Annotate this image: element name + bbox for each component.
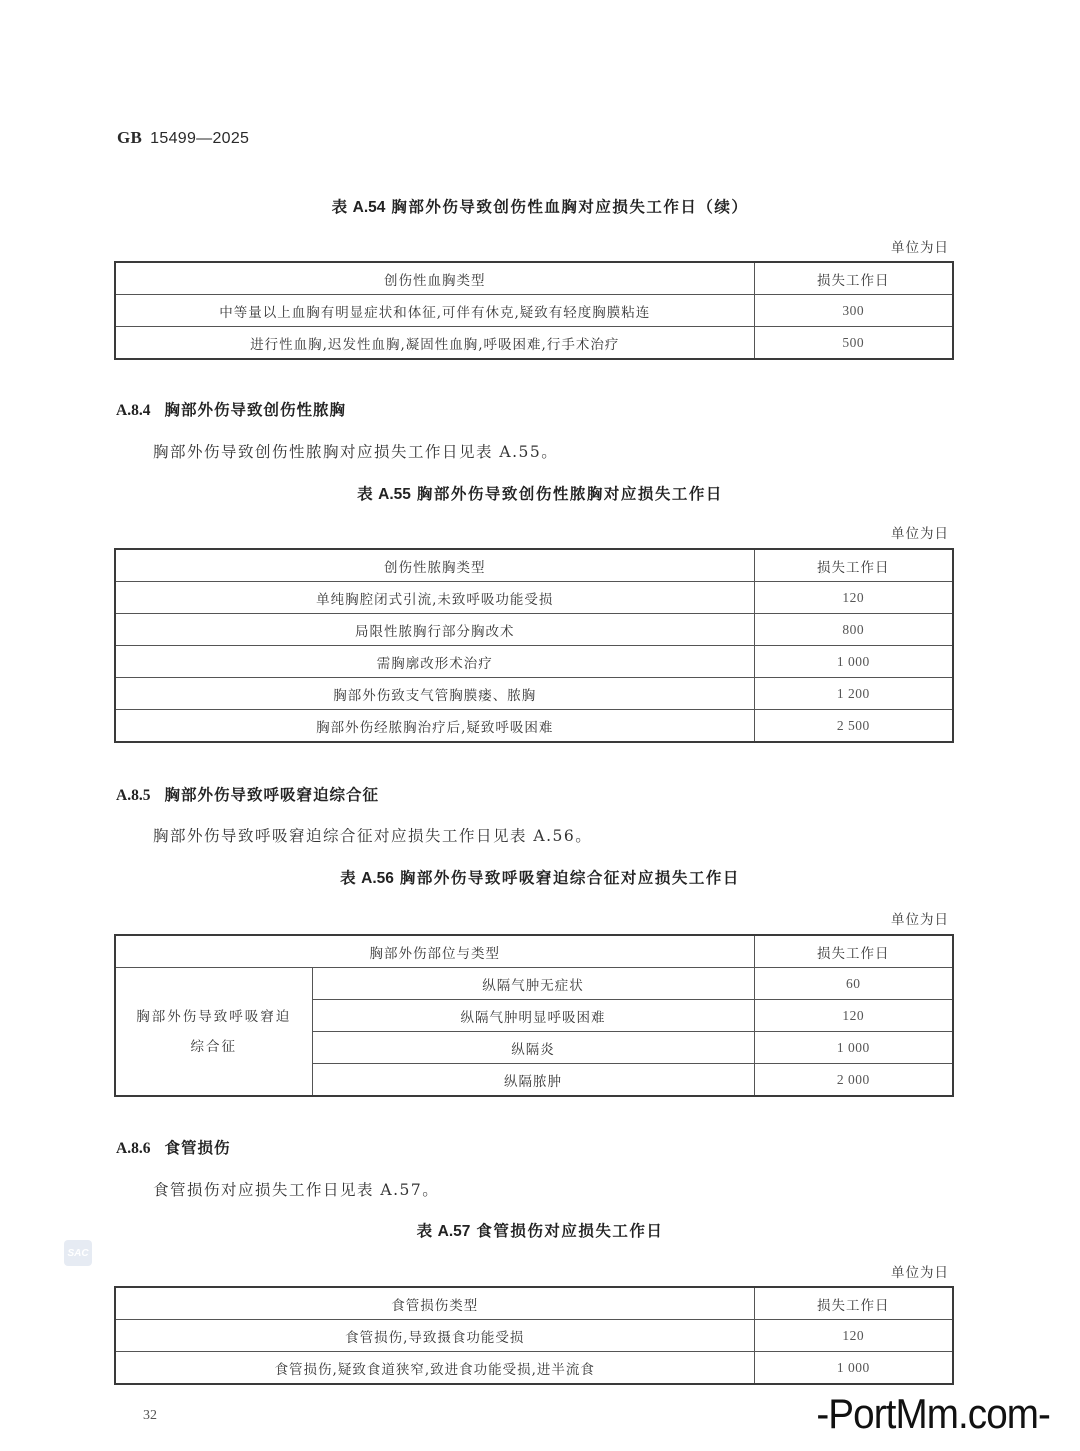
cell-days: 120 <box>754 1000 953 1032</box>
table-label: 表 <box>357 485 374 503</box>
cell-days: 120 <box>754 1320 953 1352</box>
table-header-row: 创伤性脓胸类型 损失工作日 <box>115 549 953 582</box>
page-number: 32 <box>143 1408 157 1424</box>
table-row: 胸部外伤致支气管胸膜瘘、脓胸 1 200 <box>115 678 953 710</box>
section-heading-a84: A.8.4胸部外伤导致创伤性脓胸 <box>116 398 346 420</box>
table-row: 局限性脓胸行部分胸改术 800 <box>115 614 953 646</box>
section-heading-a86: A.8.6食管损伤 <box>116 1136 230 1158</box>
section-number: A.8.4 <box>116 402 150 419</box>
cell-type: 纵隔气肿明显呼吸困难 <box>312 1000 754 1032</box>
section-number: A.8.6 <box>116 1140 150 1157</box>
cell-days: 120 <box>754 582 953 614</box>
section-title: 胸部外伤导致创伤性脓胸 <box>164 401 346 419</box>
table-row: 胸部外伤经脓胸治疗后,疑致呼吸困难 2 500 <box>115 710 953 743</box>
site-watermark: -PortMm.com- <box>816 1390 1050 1438</box>
table-a55-title: 表A.55胸部外伤导致创伤性脓胸对应损失工作日 <box>0 482 1080 504</box>
group-label-line: 胸部外伤导致呼吸窘迫 <box>130 1002 298 1032</box>
section-title: 食管损伤 <box>164 1139 230 1157</box>
table-number: A.56 <box>361 870 394 887</box>
column-header: 损失工作日 <box>754 935 953 968</box>
table-row: 进行性血胸,迟发性血胸,凝固性血胸,呼吸困难,行手术治疗 500 <box>115 327 953 360</box>
table-label: 表 <box>340 869 357 887</box>
column-header: 胸部外伤部位与类型 <box>115 935 754 968</box>
table-header-row: 食管损伤类型 损失工作日 <box>115 1287 953 1320</box>
cell-days: 2 500 <box>754 710 953 743</box>
table-row: 食管损伤,导致摄食功能受损 120 <box>115 1320 953 1352</box>
table-a57-title: 表A.57食管损伤对应损失工作日 <box>0 1219 1080 1241</box>
section-a85-paragraph: 胸部外伤导致呼吸窘迫综合征对应损失工作日见表 A.56。 <box>153 824 592 846</box>
table-a56-title: 表A.56胸部外伤导致呼吸窘迫综合征对应损失工作日 <box>0 866 1080 888</box>
table-label: 表 <box>417 1222 434 1240</box>
cell-type: 进行性血胸,迟发性血胸,凝固性血胸,呼吸困难,行手术治疗 <box>115 327 754 360</box>
table-number: A.54 <box>353 199 386 216</box>
cell-type: 纵隔脓肿 <box>312 1064 754 1097</box>
table-a56: 胸部外伤部位与类型 损失工作日 胸部外伤导致呼吸窘迫 综合征 纵隔气肿无症状 6… <box>114 934 954 1097</box>
table-label: 表 <box>332 198 349 216</box>
cell-days: 1 000 <box>754 1032 953 1064</box>
table-a54: 创伤性血胸类型 损失工作日 中等量以上血胸有明显症状和体征,可伴有休克,疑致有轻… <box>114 261 954 360</box>
table-row: 单纯胸腔闭式引流,未致呼吸功能受损 120 <box>115 582 953 614</box>
table-row: 中等量以上血胸有明显症状和体征,可伴有休克,疑致有轻度胸膜粘连 300 <box>115 295 953 327</box>
cell-days: 500 <box>754 327 953 360</box>
column-header: 创伤性血胸类型 <box>115 262 754 295</box>
column-header: 创伤性脓胸类型 <box>115 549 754 582</box>
cell-days: 1 000 <box>754 1352 953 1385</box>
standard-prefix: GB <box>117 128 142 147</box>
table-caption: 胸部外伤导致创伤性脓胸对应损失工作日 <box>417 485 723 503</box>
cell-type: 纵隔气肿无症状 <box>312 968 754 1000</box>
table-row: 胸部外伤导致呼吸窘迫 综合征 纵隔气肿无症状 60 <box>115 968 953 1000</box>
cell-type: 需胸廓改形术治疗 <box>115 646 754 678</box>
table-row: 食管损伤,疑致食道狭窄,致进食功能受损,进半流食 1 000 <box>115 1352 953 1385</box>
cell-days: 1 200 <box>754 678 953 710</box>
table-a57: 食管损伤类型 损失工作日 食管损伤,导致摄食功能受损 120 食管损伤,疑致食道… <box>114 1286 954 1385</box>
section-number: A.8.5 <box>116 787 150 804</box>
column-header: 食管损伤类型 <box>115 1287 754 1320</box>
cell-days: 300 <box>754 295 953 327</box>
table-a55: 创伤性脓胸类型 损失工作日 单纯胸腔闭式引流,未致呼吸功能受损 120 局限性脓… <box>114 548 954 743</box>
section-heading-a85: A.8.5胸部外伤导致呼吸窘迫综合征 <box>116 783 379 805</box>
table-caption: 胸部外伤导致呼吸窘迫综合征对应损失工作日 <box>400 869 740 887</box>
table-a54-unit: 单位为日 <box>891 236 949 256</box>
section-title: 胸部外伤导致呼吸窘迫综合征 <box>164 786 379 804</box>
cell-days: 1 000 <box>754 646 953 678</box>
column-header: 损失工作日 <box>754 262 953 295</box>
table-number: A.55 <box>378 486 411 503</box>
table-a54-title: 表A.54胸部外伤导致创伤性血胸对应损失工作日（续） <box>0 195 1080 217</box>
cell-days: 60 <box>754 968 953 1000</box>
column-header: 损失工作日 <box>754 549 953 582</box>
section-a84-paragraph: 胸部外伤导致创伤性脓胸对应损失工作日见表 A.55。 <box>153 440 558 462</box>
cell-type: 局限性脓胸行部分胸改术 <box>115 614 754 646</box>
table-a57-unit: 单位为日 <box>891 1261 949 1281</box>
table-caption: 食管损伤对应损失工作日 <box>476 1222 663 1240</box>
group-label-cell: 胸部外伤导致呼吸窘迫 综合征 <box>115 968 312 1097</box>
cell-type: 胸部外伤致支气管胸膜瘘、脓胸 <box>115 678 754 710</box>
cell-type: 单纯胸腔闭式引流,未致呼吸功能受损 <box>115 582 754 614</box>
table-row: 需胸廓改形术治疗 1 000 <box>115 646 953 678</box>
column-header: 损失工作日 <box>754 1287 953 1320</box>
cell-days: 2 000 <box>754 1064 953 1097</box>
section-a86-paragraph: 食管损伤对应损失工作日见表 A.57。 <box>153 1178 439 1200</box>
cell-type: 中等量以上血胸有明显症状和体征,可伴有休克,疑致有轻度胸膜粘连 <box>115 295 754 327</box>
table-header-row: 创伤性血胸类型 损失工作日 <box>115 262 953 295</box>
standard-number: 15499—2025 <box>150 130 249 147</box>
cell-type: 胸部外伤经脓胸治疗后,疑致呼吸困难 <box>115 710 754 743</box>
table-a55-unit: 单位为日 <box>891 522 949 542</box>
table-caption: 胸部外伤导致创伤性血胸对应损失工作日（续） <box>391 198 748 216</box>
cell-type: 食管损伤,疑致食道狭窄,致进食功能受损,进半流食 <box>115 1352 754 1385</box>
table-number: A.57 <box>438 1223 471 1240</box>
group-label-line: 综合征 <box>130 1032 298 1062</box>
document-code: GB15499—2025 <box>117 128 249 148</box>
cell-type: 食管损伤,导致摄食功能受损 <box>115 1320 754 1352</box>
sac-logo-icon: SAC <box>64 1240 92 1266</box>
cell-days: 800 <box>754 614 953 646</box>
table-a56-unit: 单位为日 <box>891 908 949 928</box>
cell-type: 纵隔炎 <box>312 1032 754 1064</box>
table-header-row: 胸部外伤部位与类型 损失工作日 <box>115 935 953 968</box>
